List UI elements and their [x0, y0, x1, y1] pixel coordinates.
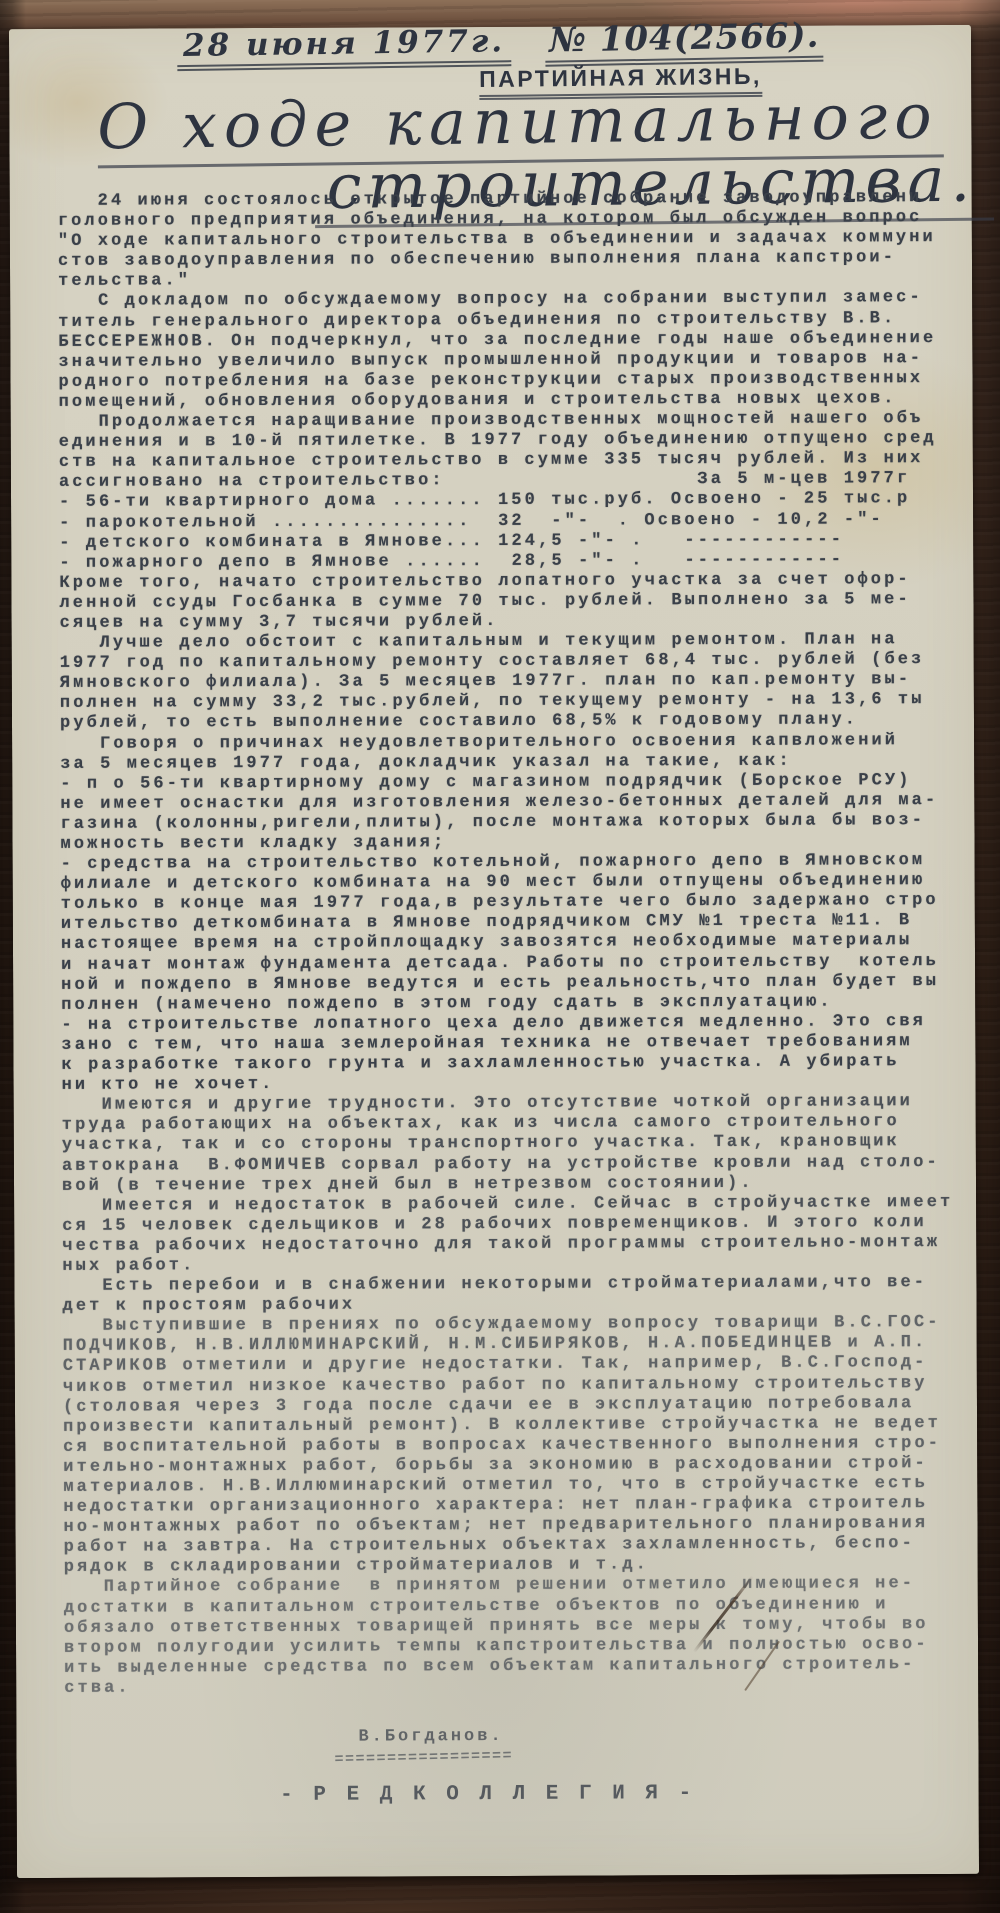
typed-line: ства.	[64, 1675, 978, 1699]
typed-line: ленной ссуды Госбанка в сумме 70 тыс. ру…	[59, 590, 973, 614]
signature-bogdanov: В.Богданов.	[358, 1727, 503, 1747]
editorial-board-label: - Р Е Д К О Л Л Е Г И Я -	[7, 1781, 969, 1808]
newspaper-page: 28 июня 1977г. № 104(2566). ПАРТИЙНАЯ ЖИ…	[9, 25, 979, 1878]
typed-line: газина (колонны,ригели,плиты), после мон…	[60, 811, 974, 835]
typed-line: к разработке такого грунта и захламленно…	[61, 1052, 975, 1076]
typed-line: ной и пождепо в Ямнове ведутся и есть ре…	[61, 972, 975, 996]
typed-divider: =================	[334, 1747, 513, 1768]
typed-body: 24 июня состоялось открытое партийное со…	[58, 188, 979, 1699]
issue-number: № 104(2566).	[545, 16, 824, 67]
wood-table-background: 28 июня 1977г. № 104(2566). ПАРТИЙНАЯ ЖИ…	[0, 0, 1000, 1913]
issue-date: 28 июня 1977г.	[177, 23, 512, 71]
typed-line: Говоря о причинах неудовлетворительного …	[60, 730, 974, 754]
